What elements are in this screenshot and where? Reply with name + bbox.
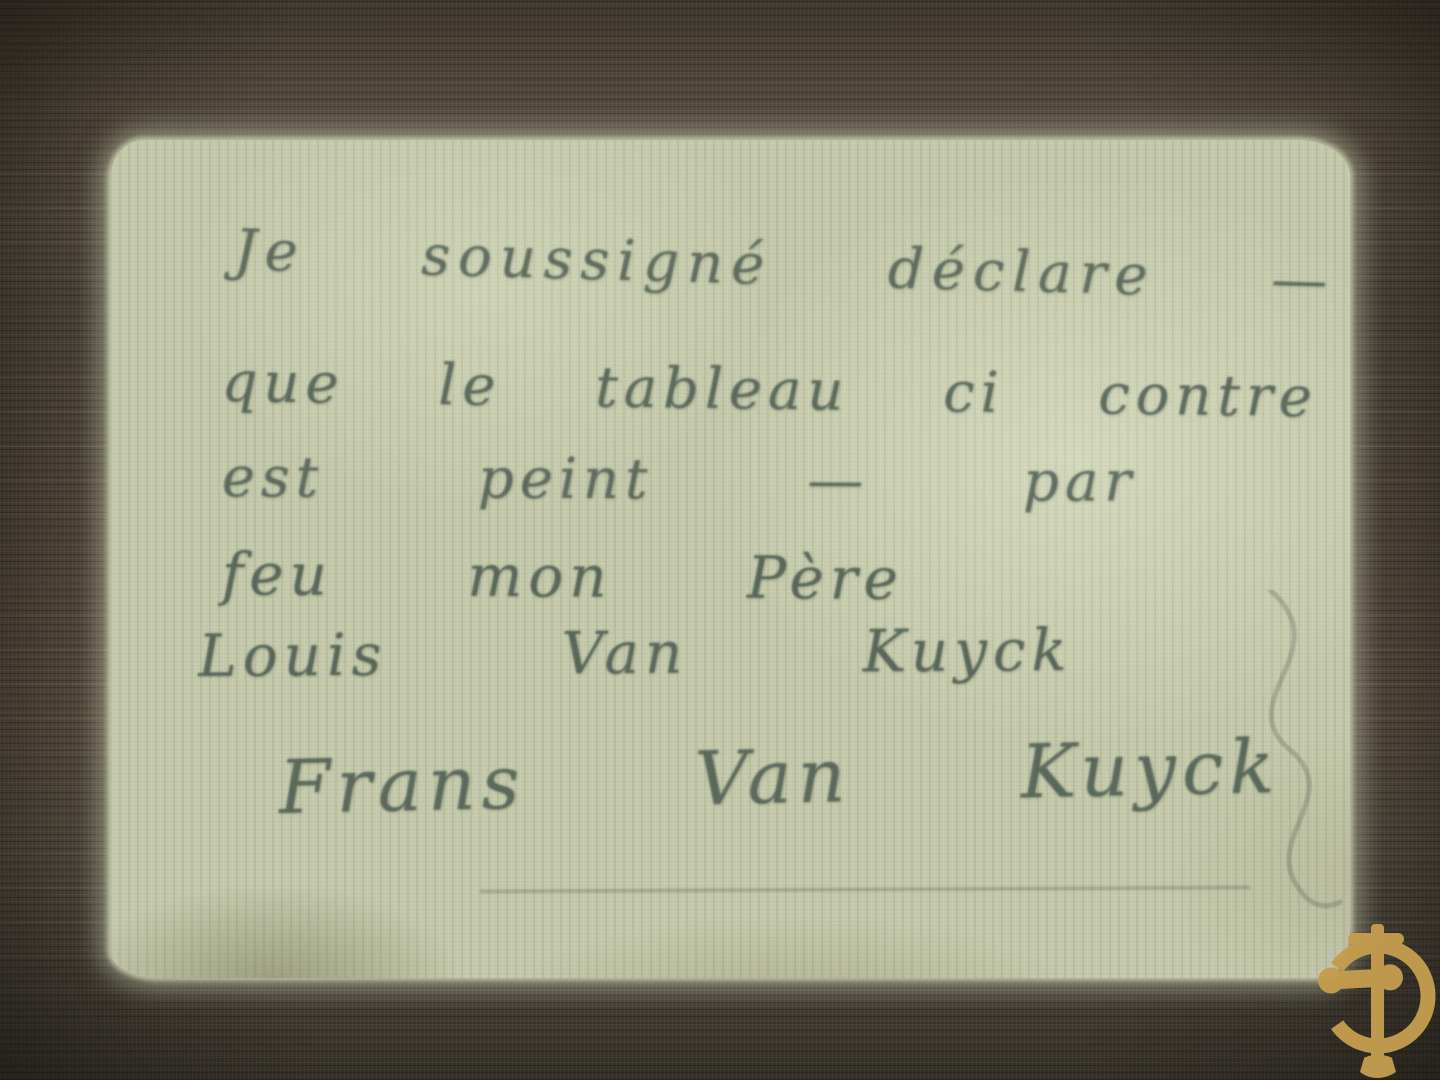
painted-label-patch: Je soussigné déclare — que le tableau ci…: [110, 140, 1350, 978]
inscription-line-2: que le tableau ci contre: [221, 350, 1318, 430]
auction-gavel-watermark-icon: [1312, 918, 1440, 1080]
photo-canvas-back: Je soussigné déclare — que le tableau ci…: [0, 0, 1440, 1080]
inscription-line-5: Louis Van Kuyck: [198, 616, 1073, 690]
inscription-line-4: feu mon Père: [222, 540, 905, 613]
inscription-line-1: Je soussigné déclare —: [233, 218, 1336, 314]
inscription-line-3: est peint — par: [222, 445, 1138, 515]
pen-flourish-stroke: [1150, 590, 1380, 920]
signature-underline: [480, 886, 1250, 893]
signature-line: Frans Van Kuyck: [278, 724, 1281, 831]
